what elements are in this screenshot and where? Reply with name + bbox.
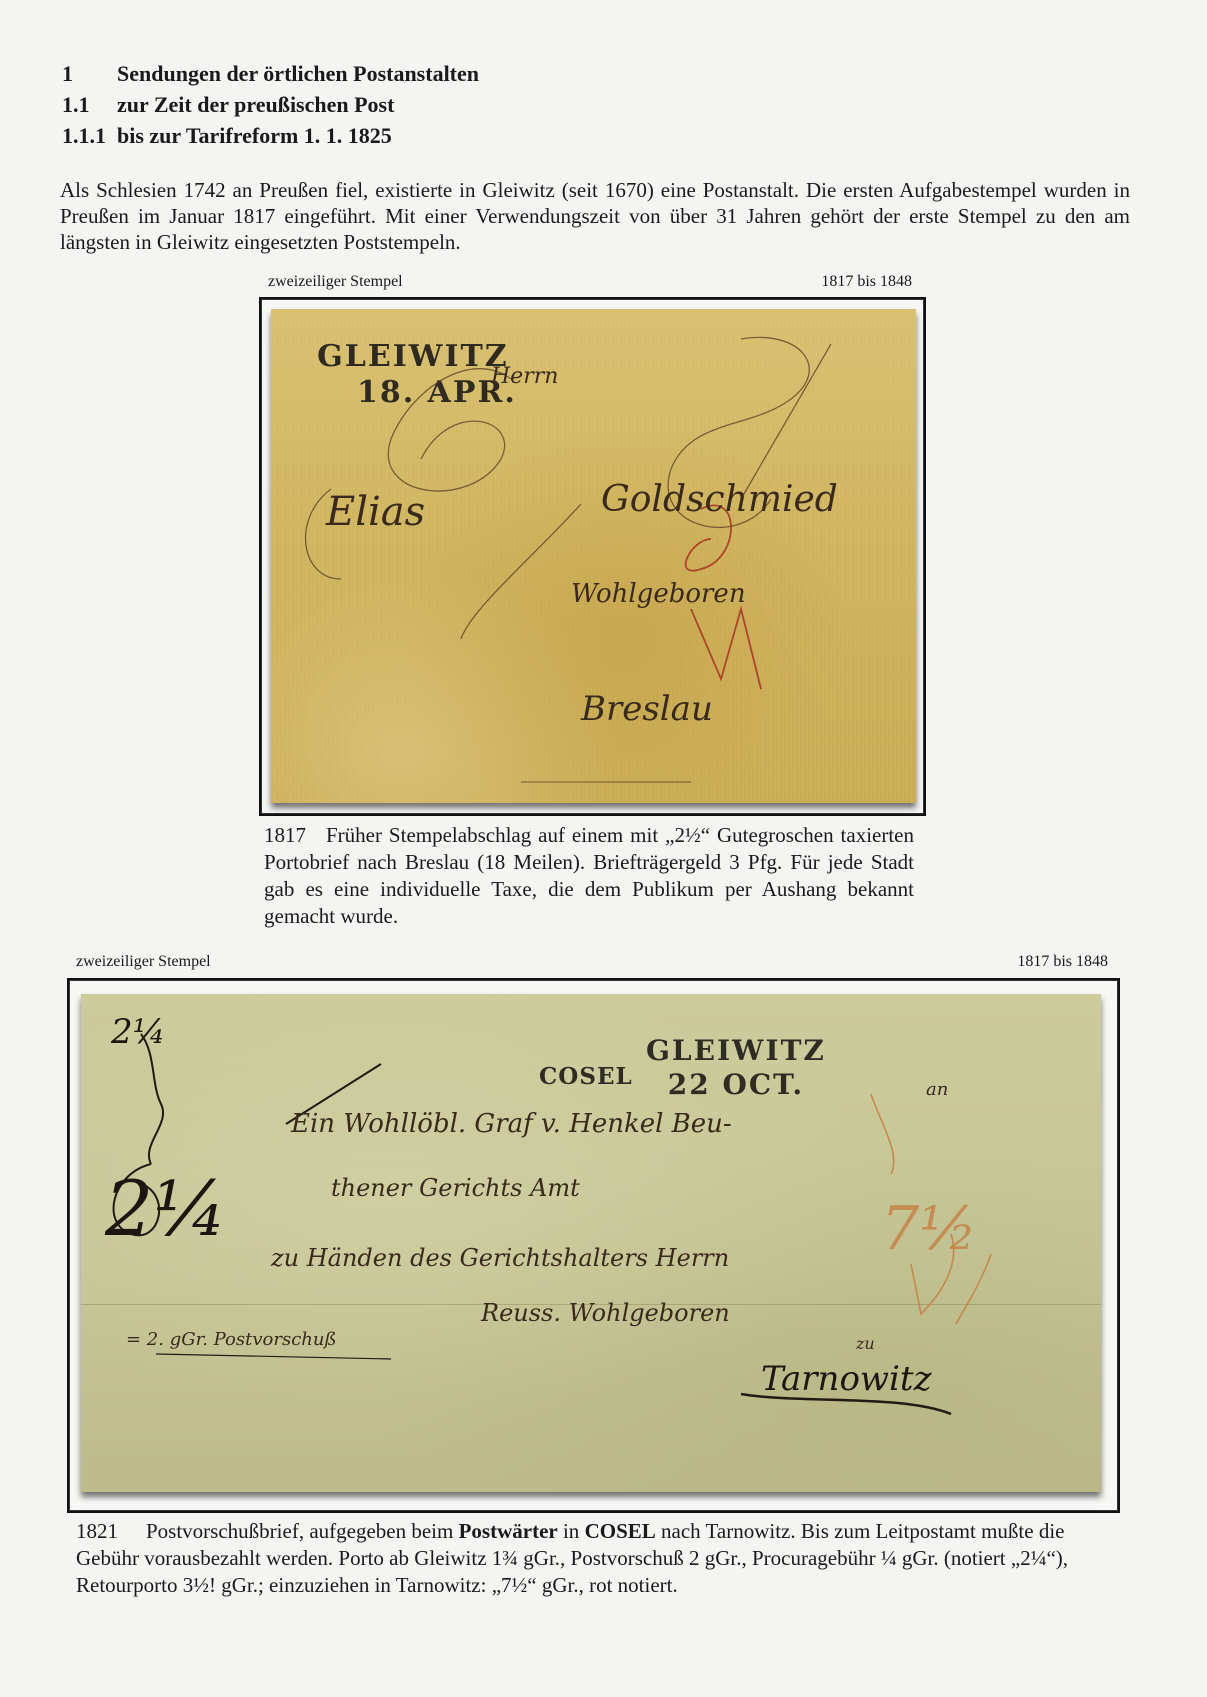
fee-notation-top: 2¼ bbox=[111, 1012, 166, 1052]
caption-part: Postvorschußbrief, aufgegeben beim bbox=[146, 1519, 459, 1543]
heading-level-1: 1 Sendungen der örtlichen Postanstalten bbox=[62, 58, 479, 89]
period-label: 1817 bis 1848 bbox=[821, 273, 912, 291]
heading-title: bis zur Tarifreform 1. 1. 1825 bbox=[117, 120, 392, 151]
exhibit-1-frame: GLEIWITZ 18. APR. Herrn Elias Goldschmie… bbox=[259, 297, 926, 816]
address-line-4: Reuss. Wohlgeboren bbox=[481, 1299, 730, 1327]
address-line-2: thener Gerichts Amt bbox=[331, 1174, 580, 1202]
handwriting-destination: Breslau bbox=[581, 689, 713, 729]
address-line-3: zu Händen des Gerichtshalters Herrn bbox=[271, 1244, 729, 1272]
exhibit-2-label-row: zweizeiliger Stempel 1817 bis 1848 bbox=[76, 953, 1108, 971]
stamp-type-label: zweizeiliger Stempel bbox=[76, 953, 211, 971]
heading-level-3: 1.1.1 bis zur Tarifreform 1. 1. 1825 bbox=[62, 120, 479, 151]
period-label: 1817 bis 1848 bbox=[1017, 953, 1108, 971]
fee-notation-large: 2¼ bbox=[105, 1164, 227, 1253]
section-headings: 1 Sendungen der örtlichen Postanstalten … bbox=[62, 58, 479, 151]
caption-part: in bbox=[558, 1519, 585, 1543]
postvorschuss-note: = 2. gGr. Postvorschuß bbox=[126, 1329, 337, 1350]
heading-number: 1.1 bbox=[62, 89, 117, 120]
handwriting-name-right: Goldschmied bbox=[601, 479, 838, 520]
handwriting-wohlgeboren: Wohlgeboren bbox=[571, 579, 746, 609]
caption-year: 1817 bbox=[264, 822, 326, 849]
red-fee-notation: 7½ bbox=[881, 1194, 977, 1264]
caption-bold-postwaerter: Postwärter bbox=[459, 1519, 558, 1543]
handwriting-name-left: Elias bbox=[326, 489, 425, 535]
handwriting-zu: zu bbox=[856, 1334, 875, 1353]
caption-year: 1821 bbox=[76, 1518, 146, 1545]
heading-level-2: 1.1 zur Zeit der preußischen Post bbox=[62, 89, 479, 120]
letter-image-cosel-tarnowitz: GLEIWITZ 22 OCT. COSEL 2¼ 2¼ an Ein Wohl… bbox=[81, 994, 1101, 1492]
heading-number: 1 bbox=[62, 58, 117, 89]
caption-text: Früher Stempelabschlag auf einem mit „2½… bbox=[264, 823, 914, 928]
intro-paragraph: Als Schlesien 1742 an Preußen fiel, exis… bbox=[60, 177, 1130, 255]
caption-bold-cosel: COSEL bbox=[585, 1519, 656, 1543]
exhibit-2-frame: GLEIWITZ 22 OCT. COSEL 2¼ 2¼ an Ein Wohl… bbox=[67, 978, 1120, 1513]
heading-title: Sendungen der örtlichen Postanstalten bbox=[117, 58, 479, 89]
letter-image-gleiwitz-breslau: GLEIWITZ 18. APR. Herrn Elias Goldschmie… bbox=[271, 309, 916, 803]
heading-title: zur Zeit der preußischen Post bbox=[117, 89, 394, 120]
exhibit-1-label-row: zweizeiliger Stempel 1817 bis 1848 bbox=[268, 273, 912, 291]
exhibit-1-caption: 1817Früher Stempelabschlag auf einem mit… bbox=[264, 822, 914, 930]
handwriting-an: an bbox=[926, 1079, 948, 1100]
heading-number: 1.1.1 bbox=[62, 120, 117, 151]
address-destination: Tarnowitz bbox=[761, 1359, 931, 1399]
exhibit-2-caption: 1821Postvorschußbrief, aufgegeben beim P… bbox=[76, 1518, 1116, 1599]
handwriting-salutation: Herrn bbox=[491, 364, 558, 389]
address-line-1: Ein Wohllöbl. Graf v. Henkel Beu- bbox=[291, 1109, 732, 1139]
stamp-type-label: zweizeiliger Stempel bbox=[268, 273, 403, 291]
